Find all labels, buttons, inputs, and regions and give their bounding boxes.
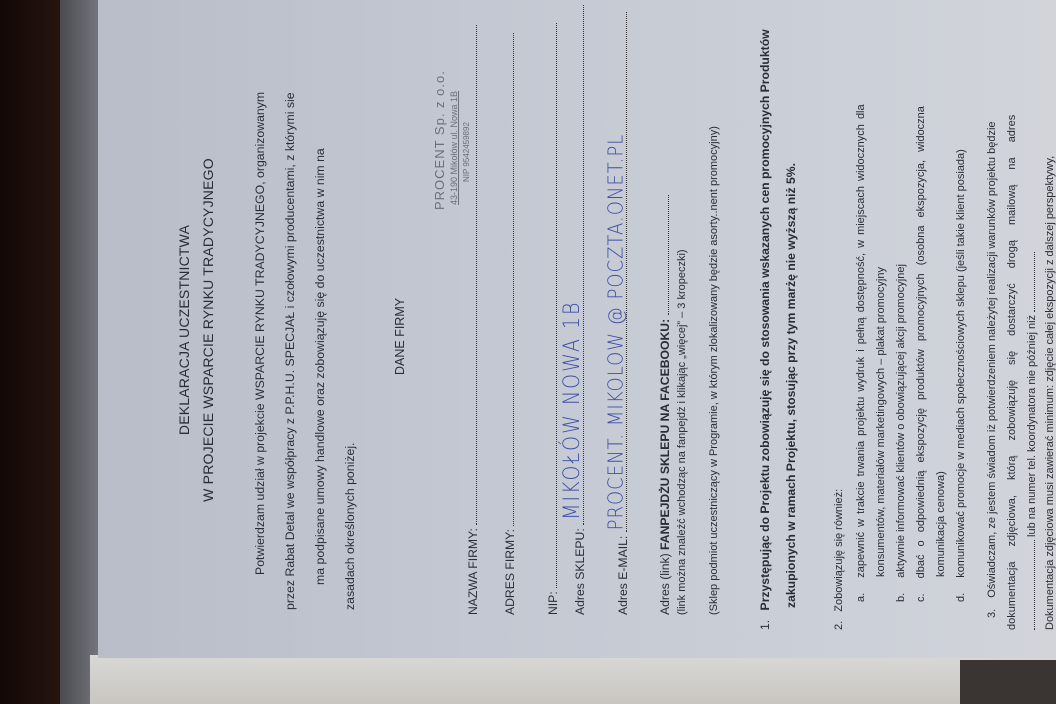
company-address-field: ADRES FIRMY: <box>503 33 518 615</box>
company-stamp-name: PROCENT Sp. z o.o. <box>432 70 448 210</box>
point-1-line-1: Przystępując do Projektu zobowiązuję się… <box>758 29 772 610</box>
point-2a-line-1: zapewnić w trakcie trwania projektu wydr… <box>855 104 867 577</box>
point-2c-line-1: dbać o odpowiednią ekspozycję produktów … <box>915 106 927 578</box>
point-3-date-blank <box>1034 252 1035 312</box>
company-address-line <box>513 33 514 526</box>
point-2a-letter: a. <box>855 593 867 602</box>
shop-address-field: Adres SKLEPU: MIKOŁÓW NOWA 1B <box>573 5 588 615</box>
point-2: 2. Zobowiązuję się również: <box>833 489 847 630</box>
point-2d-letter: d. <box>955 593 967 602</box>
point-3-line-2: dokumentacja zdjęciowa, którą zobowiązuj… <box>1006 115 1020 630</box>
nip-line <box>556 23 557 588</box>
point-3-line-1: Oświadczam, ze jestem świadom iż potwier… <box>986 121 998 597</box>
point-2-intro: Zobowiązuję się również: <box>833 489 845 612</box>
nip-label: NIP: <box>546 591 560 615</box>
point-3-line-3: lub na numer tel. koordynatora nie późni… <box>1026 315 1038 537</box>
point-2a-line-2: konsumentów, materiałów marketingowych –… <box>875 267 889 577</box>
email-line: PROCENT. MIKOLOW @ POCZTA.ONET.PL <box>626 12 627 532</box>
point-2d-line-1: komunikować promocje w mediach społeczno… <box>955 149 967 578</box>
point-3-line-4: Dokumentacja zdjęciowa musi zawierać min… <box>1044 156 1056 630</box>
table-surface <box>90 655 1056 704</box>
shop-address-label: Adres SKLEPU: <box>573 528 587 615</box>
point-1-line-2: zakupionych w ramach Projektu, stosując … <box>784 163 798 608</box>
intro-line-2: przez Rabat Detal we współpracy z P.P.H.… <box>283 92 298 610</box>
point-2c: c. dbać o odpowiednią ekspozycję produkt… <box>915 106 929 602</box>
point-3-number: 3. <box>986 609 998 618</box>
email-field: Adres E-MAIL: PROCENT. MIKOLOW @ POCZTA.… <box>616 12 631 615</box>
point-3-line-3-wrap: lub na numer tel. koordynatora nie późni… <box>1026 252 1040 630</box>
point-2d: d. komunikować promocje w mediach społec… <box>955 149 969 602</box>
document-page: DEKLARACJA UCZESTNICTWA W PROJECIE WSPAR… <box>98 0 1056 658</box>
facebook-field: Adres (link) FANPEJDŻU SKLEPU NA FACEBOO… <box>658 195 673 615</box>
point-2b-letter: b. <box>895 593 907 602</box>
document-title: DEKLARACJA UCZESTNICTWA <box>176 0 194 658</box>
facebook-label-prefix: Adres (link) <box>658 550 672 615</box>
intro-line-4: zasadach określonych poniżej. <box>343 443 358 610</box>
point-1-number: 1. <box>758 620 772 630</box>
point-2b-line-1: aktywnie informować klientów o obowiązuj… <box>895 264 907 578</box>
intro-line-1: Potwierdzam udział w projekcie WSPARCIE … <box>253 92 268 575</box>
shop-address-line: MIKOŁÓW NOWA 1B <box>583 5 584 525</box>
intro-line-3: ma podpisane umowy handlowe oraz zobowią… <box>313 148 328 585</box>
shop-address-handwritten: MIKOŁÓW NOWA 1B <box>559 301 586 520</box>
company-name-field: NAZWA FIRMY: <box>466 25 481 615</box>
section-heading-company-data: DANE FIRMY <box>393 298 409 375</box>
facebook-line <box>668 195 669 315</box>
email-label: Adres E-MAIL: <box>616 536 630 615</box>
point-1: 1. Przystępując do Projektu zobowiązuję … <box>758 29 773 630</box>
company-stamp-address: 43-190 Mikołów ul. Nowa 1B <box>449 91 460 205</box>
document-sheet: DEKLARACJA UCZESTNICTWA W PROJECIE WSPAR… <box>98 0 1056 658</box>
facebook-hint: (link można znaleźć wchodząc na fanpejdż… <box>676 249 690 615</box>
point-2c-line-2: komunikacja cenowa) <box>935 471 949 577</box>
point-3: 3. Oświadczam, ze jestem świadom iż potw… <box>986 121 1000 618</box>
document-subtitle: W PROJECIE WSPARCIE RYNKU TRADYCYJNEGO <box>200 0 218 658</box>
point-2a: a. zapewnić w trakcie trwania projektu w… <box>855 104 869 602</box>
point-2b: b. aktywnie informować klientów o obowią… <box>895 264 909 602</box>
point-1-cont: zakupionych w ramach Projektu, stosując … <box>784 163 799 608</box>
point-2-number: 2. <box>833 621 845 630</box>
email-handwritten: PROCENT. MIKOLOW @ POCZTA.ONET.PL <box>604 134 630 531</box>
facebook-label-bold: FANPEJDŻU SKLEPU NA FACEBOOKU: <box>658 319 672 550</box>
company-name-line <box>476 25 477 525</box>
participant-note: (Sklep podmiot uczestniczący w Programie… <box>708 126 722 615</box>
company-name-label: NAZWA FIRMY: <box>466 528 480 615</box>
table-edge <box>960 660 1056 704</box>
company-address-label: ADRES FIRMY: <box>503 529 517 615</box>
point-3-email-blank <box>1034 540 1035 630</box>
point-2c-letter: c. <box>915 593 927 602</box>
